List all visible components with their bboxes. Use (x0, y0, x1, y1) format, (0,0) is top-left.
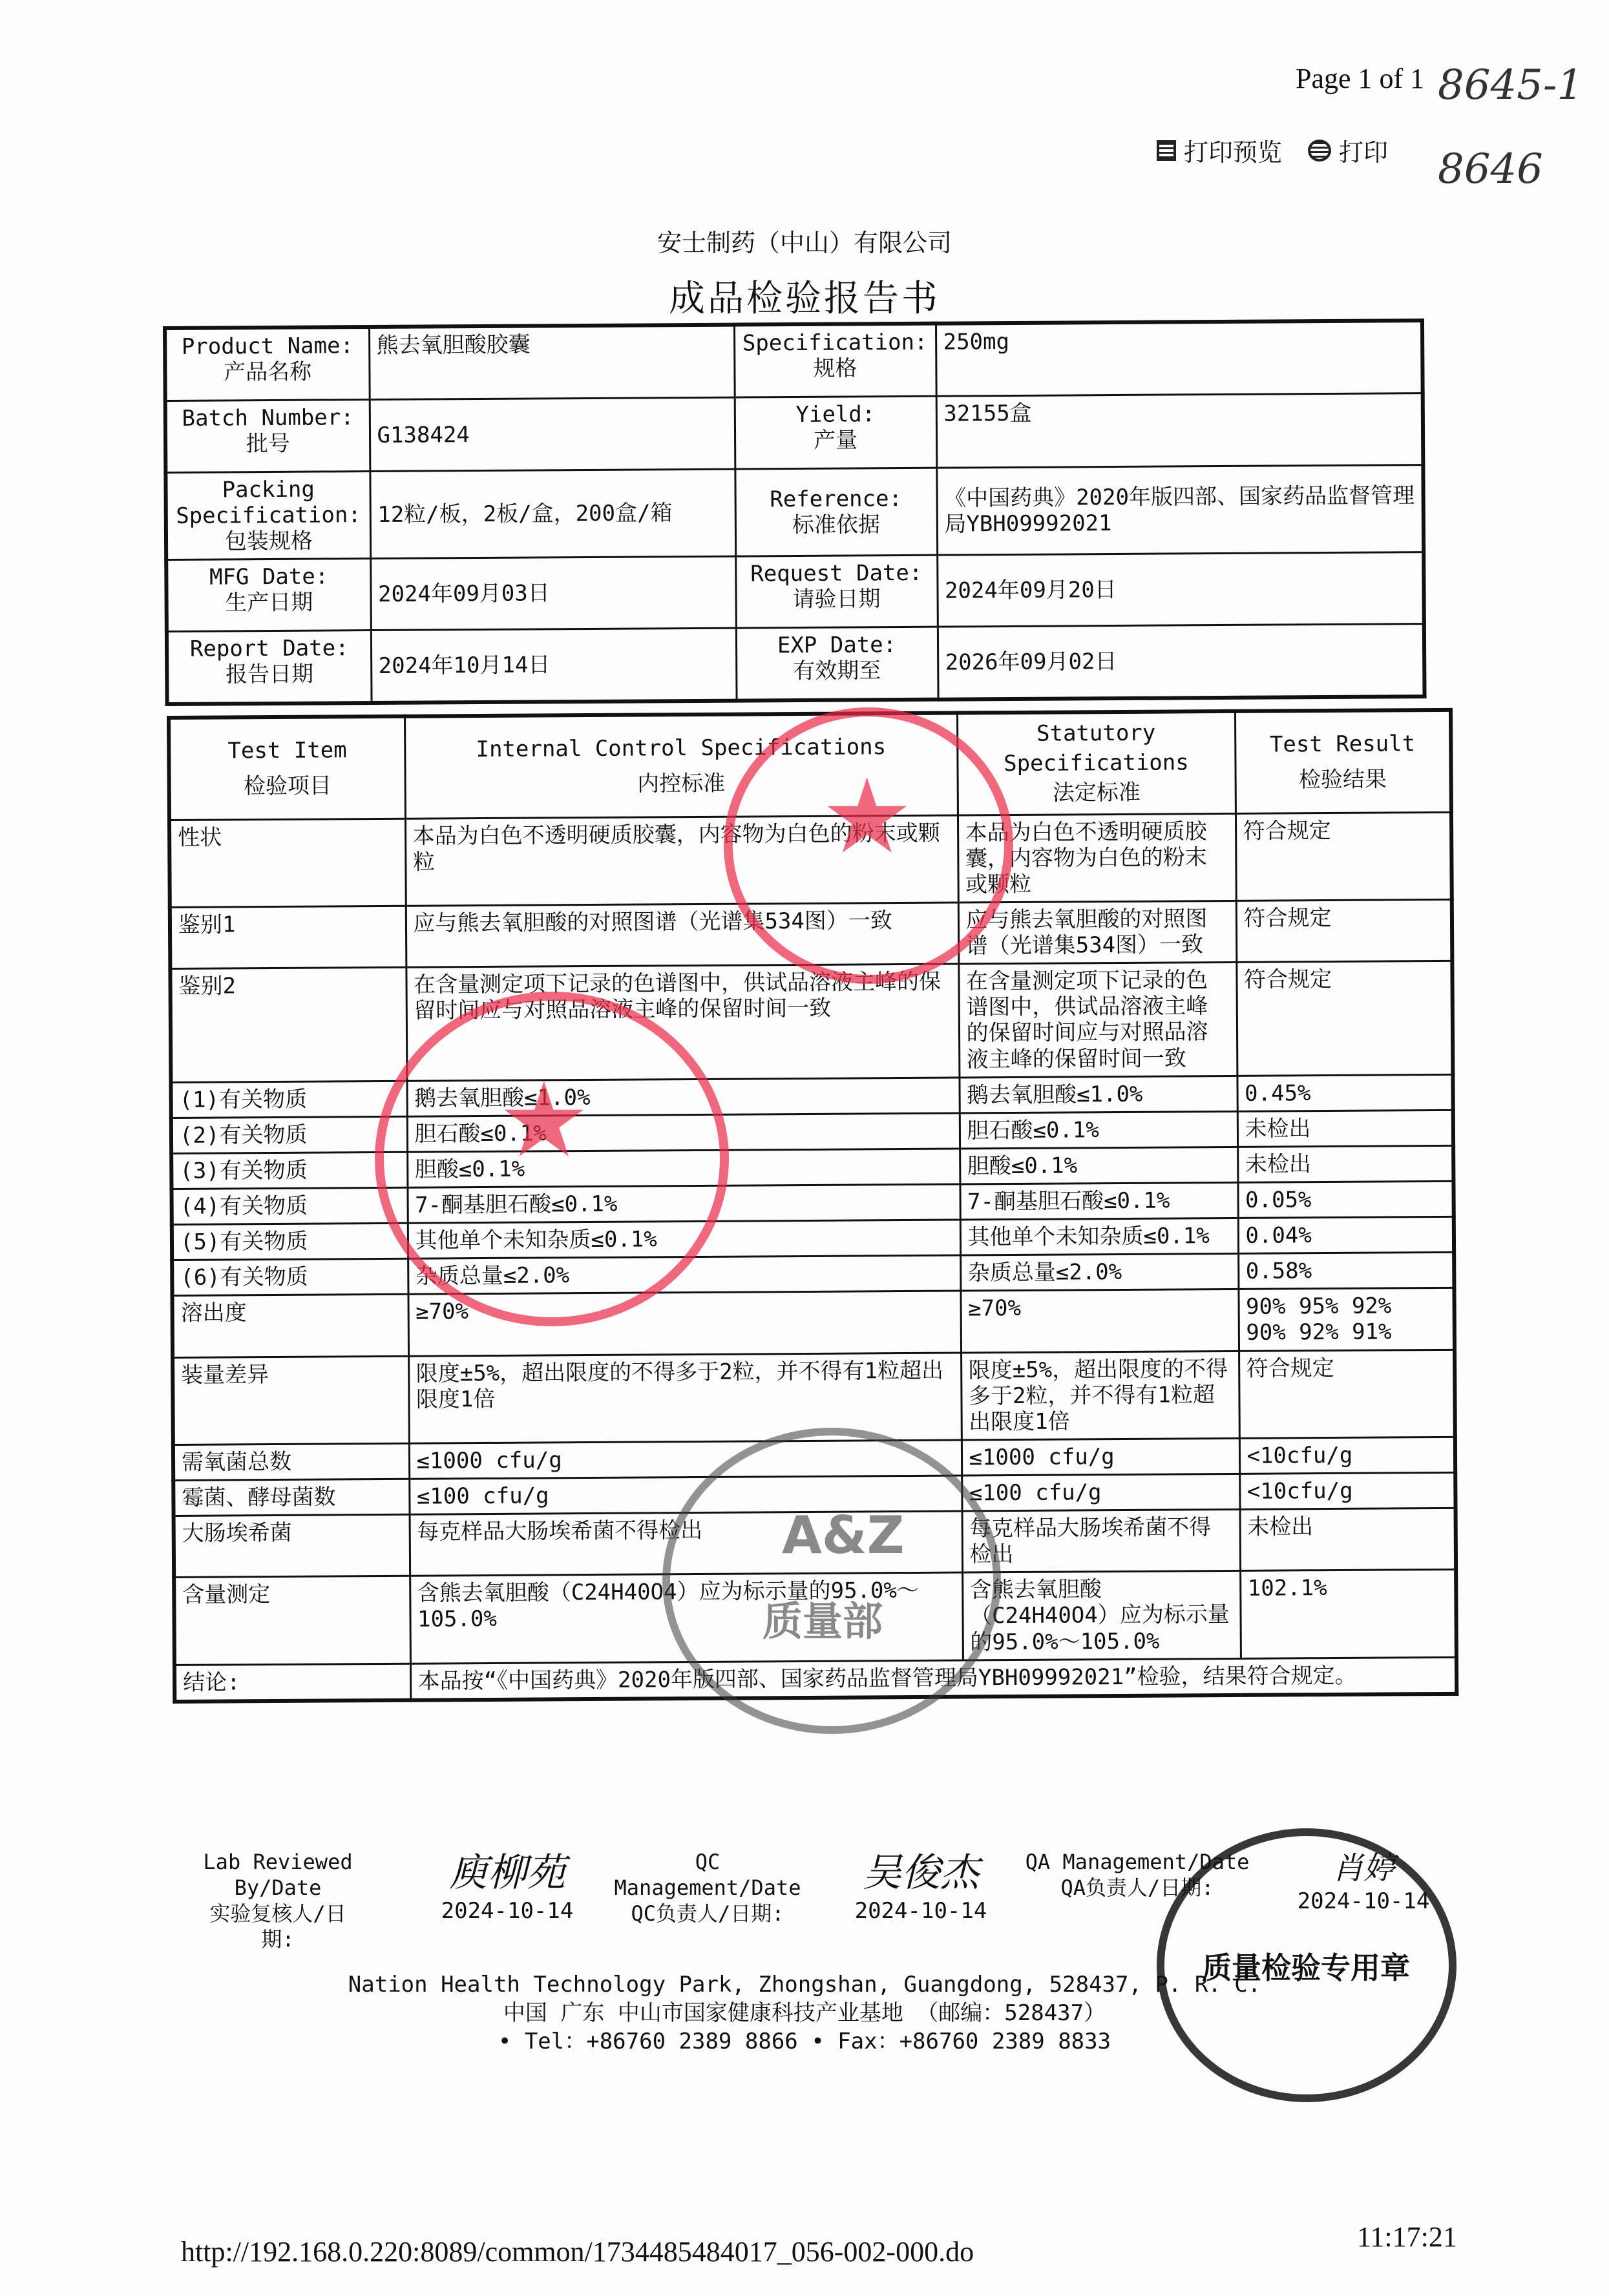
cell-statutory: 胆酸≤0.1% (960, 1147, 1237, 1184)
qc-signature: 吴俊杰 2024-10-14 (847, 1849, 995, 1925)
signature: 庾柳苑 (433, 1849, 582, 1897)
header-test-result: Test Result 检验结果 (1235, 710, 1451, 813)
cell-result: 0.58% (1238, 1253, 1454, 1289)
cell-result: 符合规定 (1236, 812, 1452, 901)
address-en: Nation Health Technology Park, Zhongshan… (0, 1970, 1609, 1999)
cell-statutory: 应与熊去氧胆酸的对照图谱（光谱集534图）一致 (958, 901, 1237, 964)
cell-result: 0.04% (1238, 1216, 1454, 1253)
print-button[interactable]: 打印 (1308, 132, 1388, 168)
request-date-value: 2024年09月20日 (937, 552, 1424, 627)
cell-internal: 鹅去氧胆酸≤1.0% (406, 1078, 959, 1116)
cell-statutory: ≤100 cfu/g (962, 1474, 1239, 1511)
report-title: 成品检验报告书 (0, 270, 1609, 322)
cell-internal: 杂质总量≤2.0% (408, 1255, 960, 1294)
table-row: 性状本品为白色不透明硬质胶囊，内容物为白色的粉末或颗粒本品为白色不透明硬质胶囊，… (169, 812, 1452, 907)
cell-result: 0.05% (1237, 1181, 1453, 1218)
cell-item: (6)有关物质 (172, 1258, 408, 1295)
mfg-date-label: MFG Date: 生产日期 (166, 559, 371, 632)
cell-result: 符合规定 (1239, 1350, 1455, 1438)
cell-internal: 在含量测定项下记录的色谱图中，供试品溶液主峰的保留时间应与对照品溶液主峰的保留时… (406, 964, 959, 1081)
cell-statutory: ≤1000 cfu/g (962, 1438, 1239, 1476)
print-label: 打印 (1339, 132, 1388, 168)
cell-item: 含量测定 (174, 1576, 410, 1665)
cell-item: 需氧菌总数 (173, 1443, 409, 1480)
signature: 吴俊杰 (847, 1849, 995, 1897)
mfg-date-value: 2024年09月03日 (370, 556, 736, 630)
product-name-value: 熊去氧胆酸胶囊 (369, 325, 735, 400)
print-preview-button[interactable]: 打印预览 (1157, 132, 1282, 168)
product-name-label: Product Name: 产品名称 (165, 327, 370, 401)
yield-label: Yield: 产量 (735, 396, 937, 469)
qc-date: 2024-10-14 (847, 1897, 995, 1925)
cell-result: 符合规定 (1236, 899, 1453, 962)
cell-internal: ≤1000 cfu/g (409, 1440, 962, 1479)
report-date-value: 2024年10月14日 (371, 628, 737, 703)
qa-date: 2024-10-14 (1286, 1888, 1441, 1915)
cell-statutory: ≥70% (960, 1289, 1239, 1353)
cell-result: 未检出 (1237, 1110, 1453, 1147)
cell-statutory: 本品为白色不透明硬质胶囊，内容物为白色的粉末或颗粒 (958, 813, 1236, 903)
cell-item: 性状 (169, 819, 406, 908)
address-cn: 中国 广东 中山市国家健康科技产业基地 （邮编：528437） (0, 1999, 1609, 2027)
lab-reviewer-signature: 庾柳苑 2024-10-14 (433, 1849, 582, 1925)
lab-reviewer-label: Lab Reviewed By/Date 实验复核人/日期: (194, 1849, 362, 1952)
handwritten-note: 8645-1 (1438, 61, 1583, 109)
conclusion-label: 结论: (174, 1664, 410, 1702)
cell-internal: 胆石酸≤0.1% (407, 1113, 960, 1152)
cell-result: <10cfu/g (1239, 1437, 1455, 1474)
cell-statutory: 其他单个未知杂质≤0.1% (960, 1218, 1238, 1255)
cell-internal: 其他单个未知杂质≤0.1% (408, 1220, 960, 1258)
signature: 肖婷 (1286, 1849, 1441, 1888)
qc-label: QC Management/Date QC负责人/日期: (614, 1849, 801, 1926)
cell-item: (3)有关物质 (171, 1152, 407, 1189)
star-icon: ★ (498, 1059, 590, 1180)
table-row: 装量差异限度±5%，超出限度的不得多于2粒，并不得有1粒超出限度1倍限度±5%，… (173, 1350, 1455, 1445)
stamp-dept-text: 质量部 (762, 1589, 883, 1647)
cell-statutory: 胆石酸≤0.1% (960, 1111, 1237, 1149)
yield-value: 32155盒 (936, 393, 1424, 468)
cell-internal: 7-酮基胆石酸≤0.1% (407, 1184, 960, 1223)
cell-item: (1)有关物质 (171, 1081, 406, 1118)
specification-label: Specification: 规格 (734, 324, 936, 397)
printer-icon (1308, 140, 1331, 162)
packing-label: Packing Specification: 包装规格 (165, 472, 370, 560)
cell-internal: 限度±5%，超出限度的不得多于2粒，并不得有1粒超出限度1倍 (408, 1353, 962, 1444)
cell-statutory: 在含量测定项下记录的色谱图中，供试品溶液主峰的保留时间应与对照品溶液主峰的保留时… (958, 963, 1237, 1078)
table-row: 鉴别1应与熊去氧胆酸的对照图谱（光谱集534图）一致应与熊去氧胆酸的对照图谱（光… (170, 899, 1453, 968)
cell-item: 鉴别2 (170, 967, 406, 1082)
page-counter: Page 1 of 1 (1296, 62, 1424, 95)
cell-item: 溶出度 (172, 1295, 408, 1357)
product-info-table: Product Name: 产品名称 熊去氧胆酸胶囊 Specification… (163, 318, 1427, 706)
conclusion-text: 本品按“《中国药典》2020年版四部、国家药品监督管理局YBH09992021”… (410, 1657, 1457, 1700)
packing-value: 12粒/板，2板/盒，200盒/箱 (370, 469, 735, 559)
cell-statutory: 杂质总量≤2.0% (960, 1254, 1238, 1291)
cell-result: 102.1% (1240, 1570, 1457, 1658)
lab-date: 2024-10-14 (433, 1897, 582, 1925)
specification-value: 250mg (936, 320, 1423, 396)
cell-internal: ≥70% (408, 1291, 961, 1355)
table-row: 溶出度≥70%≥70%90% 95% 92% 90% 92% 91% (172, 1288, 1455, 1357)
table-row: 鉴别2在含量测定项下记录的色谱图中，供试品溶液主峰的保留时间应与对照品溶液主峰的… (170, 961, 1453, 1083)
cell-result: 0.45% (1237, 1074, 1453, 1111)
print-preview-label: 打印预览 (1184, 132, 1282, 168)
cell-item: (2)有关物质 (171, 1116, 407, 1153)
page-url: http://192.168.0.220:8089/common/1734485… (181, 2235, 974, 2268)
print-toolbar: 打印预览 打印 (1157, 132, 1388, 168)
batch-label: Batch Number: 批号 (165, 400, 370, 473)
exp-date-label: EXP Date: 有效期至 (736, 627, 938, 701)
star-icon: ★ (821, 756, 913, 877)
cell-statutory: 每克样品大肠埃希菌不得检出 (962, 1509, 1241, 1572)
header-statutory-spec: Statutory Specifications 法定标准 (957, 711, 1236, 815)
cell-item: 大肠埃希菌 (174, 1514, 410, 1577)
reference-label: Reference: 标准依据 (735, 468, 937, 556)
exp-date-value: 2026年09月02日 (938, 624, 1425, 700)
cell-item: (5)有关物质 (172, 1223, 408, 1260)
cell-result: 90% 95% 92% 90% 92% 91% (1238, 1288, 1455, 1351)
cell-internal: 应与熊去氧胆酸的对照图谱（光谱集534图）一致 (406, 903, 959, 967)
header-test-item: Test Item 检验项目 (169, 716, 405, 820)
print-time: 11:17:21 (1357, 2220, 1457, 2253)
reference-value: 《中国药典》2020年版四部、国家药品监督管理局YBH09992021 (936, 465, 1424, 556)
contact-info: • Tel：+86760 2389 8866 • Fax：+86760 2389… (0, 2027, 1609, 2056)
company-footer: Nation Health Technology Park, Zhongshan… (0, 1970, 1609, 2056)
batch-value: G138424 (370, 397, 735, 471)
cell-statutory: 7-酮基胆石酸≤0.1% (960, 1182, 1237, 1220)
cell-result: 未检出 (1240, 1508, 1457, 1571)
report-date-label: Report Date: 报告日期 (167, 631, 372, 704)
cell-item: 装量差异 (173, 1356, 409, 1445)
request-date-label: Request Date: 请验日期 (735, 556, 938, 629)
cell-result: 未检出 (1237, 1145, 1453, 1182)
cell-internal: 胆酸≤0.1% (407, 1149, 960, 1187)
stamp-logo: A&Z (782, 1505, 905, 1565)
document-icon (1157, 140, 1176, 161)
cell-statutory: 含熊去氧胆酸（C24H40O4）应为标示量的95.0%～105.0% (962, 1571, 1241, 1660)
cell-result: 符合规定 (1236, 961, 1453, 1076)
cell-result: <10cfu/g (1239, 1472, 1455, 1509)
cell-statutory: 鹅去氧胆酸≤1.0% (959, 1076, 1237, 1113)
qa-label: QA Management/Date QA负责人/日期: (1015, 1849, 1260, 1901)
cell-statutory: 限度±5%，超出限度的不得多于2粒，并不得有1粒超出限度1倍 (961, 1351, 1239, 1440)
cell-item: (4)有关物质 (171, 1187, 407, 1224)
company-name: 安士制药（中山）有限公司 (0, 223, 1609, 258)
cell-item: 鉴别1 (170, 906, 406, 968)
cell-item: 霉菌、酵母菌数 (173, 1479, 409, 1516)
handwritten-note: 8646 (1438, 145, 1543, 193)
qa-signature: 肖婷 2024-10-14 (1286, 1849, 1441, 1915)
